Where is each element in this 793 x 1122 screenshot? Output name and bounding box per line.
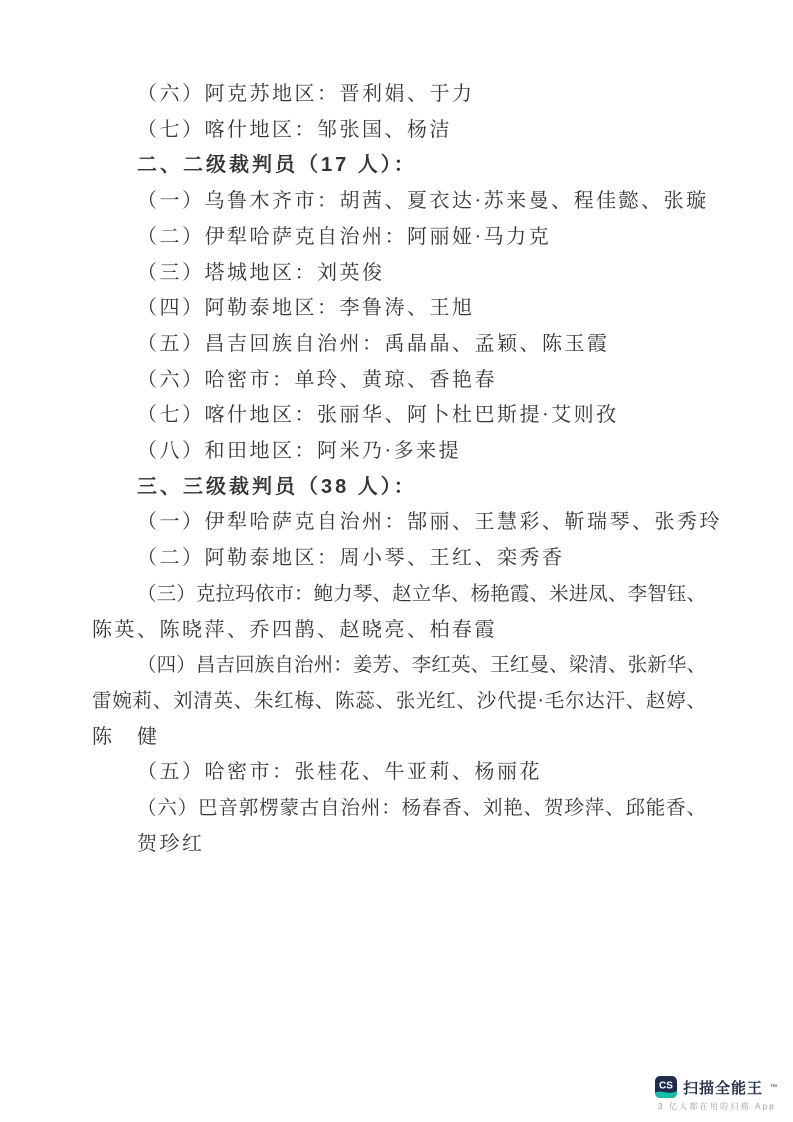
document-line: 三、三级裁判员（38 人）：: [92, 470, 706, 506]
document-line: （四）阿勒泰地区：李鲁涛、王旭: [92, 291, 706, 327]
camscanner-tagline: 3 亿人都在用的扫描 App: [658, 1101, 777, 1112]
document-line: （六）哈密市：单玲、黄琼、香艳春: [92, 363, 706, 399]
camscanner-cs-icon: CS: [655, 1076, 677, 1098]
document-line: 雷婉莉、刘清英、朱红梅、陈蕊、张光红、沙代提·毛尔达汗、赵婷、: [92, 684, 706, 720]
document-line: 二、二级裁判员（17 人）：: [92, 148, 706, 184]
document-line: 陈英、陈晓萍、乔四鹊、赵晓亮、柏春霞: [92, 613, 706, 649]
document-line: （三）塔城地区：刘英俊: [92, 256, 706, 292]
document-line: （一）伊犁哈萨克自治州：郜丽、王慧彩、靳瑞琴、张秀玲: [92, 505, 706, 541]
cs-icon-label: CS: [659, 1081, 673, 1092]
document-line: （六）阿克苏地区：晋利娟、于力: [92, 77, 706, 113]
document-line: （三）克拉玛依市：鲍力琴、赵立华、杨艳霞、米进凤、李智钰、: [92, 577, 706, 613]
document-line: （五）哈密市：张桂花、牛亚莉、杨丽花: [92, 755, 706, 791]
document-line: （二）伊犁哈萨克自治州：阿丽娅·马力克: [92, 220, 706, 256]
camscanner-app-name: 扫描全能王: [683, 1077, 763, 1098]
document-line: 陈 健: [92, 720, 706, 756]
document-line: （八）和田地区：阿米乃·多来提: [92, 434, 706, 470]
document-line: （七）喀什地区：邹张国、杨洁: [92, 113, 706, 149]
document-line: （五）昌吉回族自治州：禹晶晶、孟颖、陈玉霞: [92, 327, 706, 363]
document-line: （七）喀什地区：张丽华、阿卜杜巴斯提·艾则孜: [92, 398, 706, 434]
document-line: 贺珍红: [92, 827, 706, 863]
document-line: （二）阿勒泰地区：周小琴、王红、栾秀香: [92, 541, 706, 577]
trademark-symbol: ™: [770, 1084, 777, 1091]
document-line: （四）昌吉回族自治州：姜芳、李红英、王红曼、梁清、张新华、: [92, 648, 706, 684]
document-body: （六）阿克苏地区：晋利娟、于力 （七）喀什地区：邹张国、杨洁 二、二级裁判员（1…: [92, 77, 706, 862]
camscanner-logo-row: CS 扫描全能王™: [655, 1076, 777, 1098]
document-line: （一）乌鲁木齐市：胡茜、夏衣达·苏来曼、程佳懿、张璇: [92, 184, 706, 220]
camscanner-watermark: CS 扫描全能王™ 3 亿人都在用的扫描 App: [655, 1076, 777, 1112]
scanned-document-page: （六）阿克苏地区：晋利娟、于力 （七）喀什地区：邹张国、杨洁 二、二级裁判员（1…: [0, 0, 793, 1122]
document-line: （六）巴音郭楞蒙古自治州：杨春香、刘艳、贺珍萍、邱能香、: [92, 791, 706, 827]
